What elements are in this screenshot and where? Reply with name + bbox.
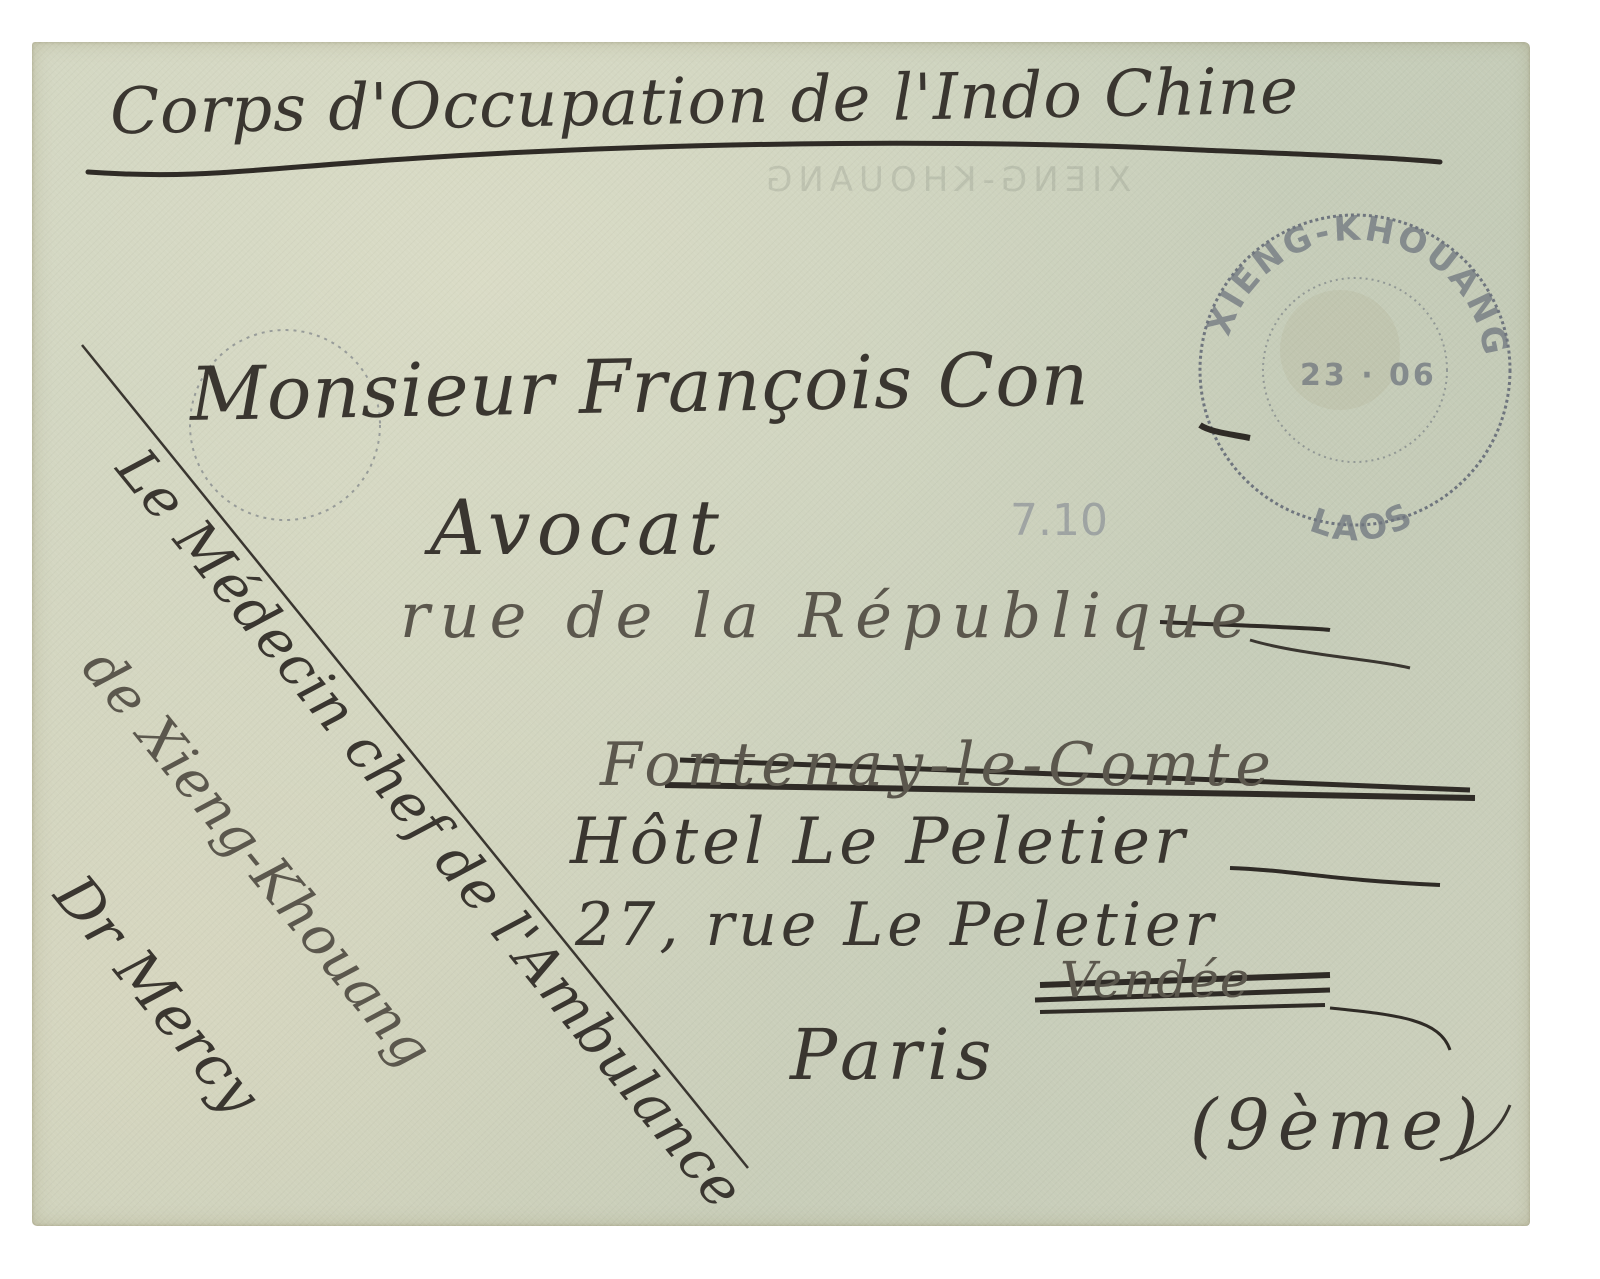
address-town-struck: Fontenay-le-Comte bbox=[600, 735, 1277, 795]
address-street-struck: rue de la République bbox=[400, 585, 1257, 647]
address-department-struck: Vendée bbox=[1060, 955, 1251, 1005]
address-arrondissement: (9ème) bbox=[1190, 1090, 1486, 1160]
header-inscription: Corps d'Occupation de l'Indo Chine bbox=[110, 60, 1300, 145]
address-profession: Avocat bbox=[430, 490, 725, 566]
bleed-through-text: XIENG-KHOUANG bbox=[760, 160, 1131, 200]
address-recipient: Monsieur François Con bbox=[189, 342, 1090, 432]
address-city: Paris bbox=[790, 1020, 997, 1090]
address-street: 27, rue Le Peletier bbox=[575, 895, 1217, 955]
address-hotel: Hôtel Le Peletier bbox=[570, 810, 1189, 874]
